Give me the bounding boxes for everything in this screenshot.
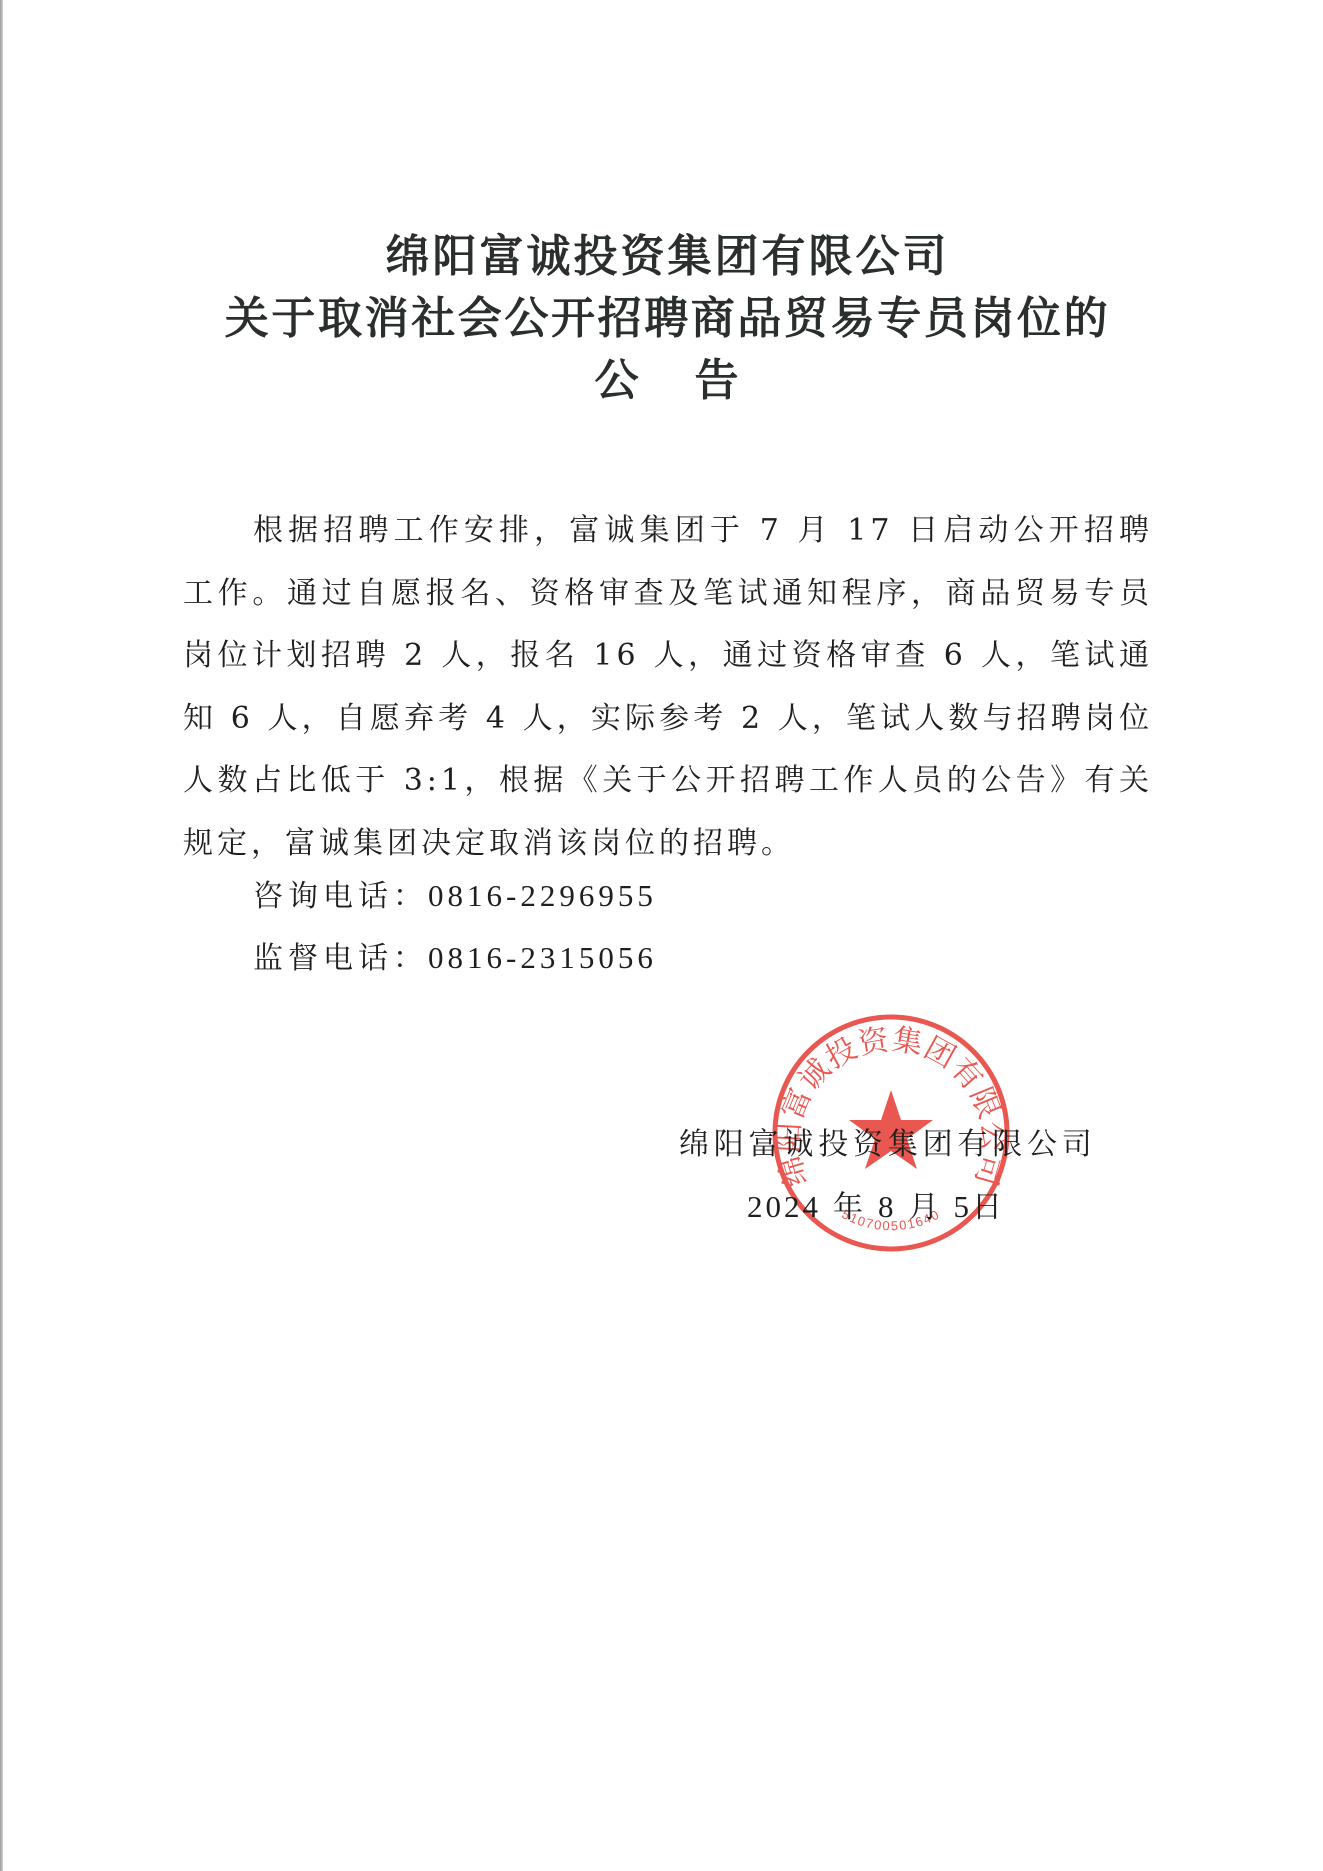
consultation-phone-number: 0816-2296955	[428, 878, 657, 913]
date-day: 5	[954, 1189, 973, 1224]
title-line-company: 绵阳富诚投资集团有限公司	[12, 226, 1323, 288]
supervision-phone-label: 监督电话：	[253, 941, 428, 976]
body-paragraph: 根据招聘工作安排，富诚集团于 7 月 17 日启动公开招聘工作。通过自愿报名、资…	[183, 500, 1153, 875]
title-line-subject: 关于取消社会公开招聘商品贸易专员岗位的	[12, 288, 1323, 350]
title-line-notice: 公告	[66, 350, 1323, 412]
signature-date: 2024年8月5日	[747, 1187, 1005, 1228]
date-year-unit: 年	[833, 1190, 866, 1225]
date-month-unit: 月	[909, 1190, 942, 1225]
notice-body: 根据招聘工作安排，富诚集团于 7 月 17 日启动公开招聘工作。通过自愿报名、资…	[183, 500, 1153, 875]
consultation-phone: 咨询电话：0816-2296955	[253, 876, 657, 917]
supervision-phone-number: 0816-2315056	[428, 940, 657, 975]
signature-company: 绵阳富诚投资集团有限公司	[679, 1125, 1097, 1165]
consultation-phone-label: 咨询电话：	[253, 879, 428, 914]
date-month: 8	[878, 1189, 897, 1224]
document-title: 绵阳富诚投资集团有限公司 关于取消社会公开招聘商品贸易专员岗位的 公告	[0, 226, 1323, 412]
date-day-unit: 日	[972, 1190, 1005, 1225]
date-year: 2024	[747, 1189, 821, 1224]
supervision-phone: 监督电话：0816-2315056	[253, 938, 657, 979]
